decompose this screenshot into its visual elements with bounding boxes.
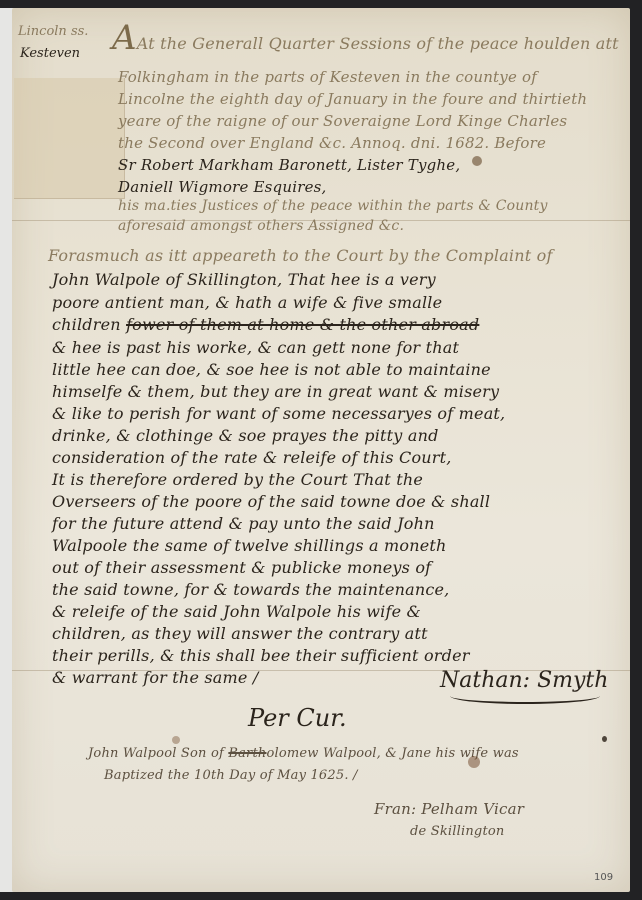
body-line-16: the said towne, for & towards the mainte…: [52, 580, 449, 599]
body-line-3: poore antient man, & hath a wife & five …: [52, 293, 442, 312]
body-line-13: for the future attend & pay unto the sai…: [52, 514, 435, 533]
per-curiam: Per Cur.: [248, 704, 347, 732]
scan-frame: Lincoln ss. Kesteven AAt the Generall Qu…: [0, 0, 642, 900]
body-line-17: & releife of the said John Walpole his w…: [52, 602, 421, 621]
folio-number: 109: [594, 872, 613, 883]
initial-A: A: [112, 18, 137, 58]
county-text: Lincoln: [18, 24, 67, 39]
manuscript-page: Lincoln ss. Kesteven AAt the Generall Qu…: [12, 8, 630, 892]
baptism-struck: Barth: [228, 746, 266, 761]
body-line-14: Walpoole the same of twelve shillings a …: [52, 536, 447, 555]
struck-text: fower of them at home & the other abroad: [126, 315, 479, 334]
caption-text: At the Generall Quarter Sessions of the …: [137, 34, 619, 53]
caption-line-3: Lincolne the eighth day of January in th…: [118, 90, 587, 108]
body-line-11: It is therefore ordered by the Court Tha…: [52, 470, 423, 489]
margin-county: Lincoln ss.: [18, 24, 88, 39]
body-line-15: out of their assessment & publicke money…: [52, 558, 431, 577]
baptism-text-b: olomew Walpool, & Jane his wife was: [266, 746, 518, 761]
body-line-2: John Walpole of Skillington, That hee is…: [52, 270, 436, 289]
body-line-18: children, as they will answer the contra…: [52, 624, 428, 643]
body-line-20: & warrant for the same /: [52, 668, 258, 687]
caption-line-4: yeare of the raigne of our Soveraigne Lo…: [118, 112, 567, 130]
body-line-8: & like to perish for want of some necess…: [52, 404, 505, 423]
caption-line-5: the Second over England &c. Annoq. dni. …: [118, 134, 546, 152]
paper-repair-patch: [14, 78, 125, 199]
body-line-1: Forasmuch as itt appeareth to the Court …: [48, 246, 553, 265]
baptism-line-1: John Walpool Son of Bartholomew Walpool,…: [88, 746, 519, 761]
body-line-6: little hee can doe, & soe hee is not abl…: [52, 360, 491, 379]
body-line-19: their perills, & this shall bee their su…: [52, 646, 470, 665]
margin-division: Kesteven: [20, 46, 80, 61]
vicar-signature: Fran: Pelham Vicar: [374, 800, 524, 818]
ink-stain: [472, 156, 482, 166]
ink-stain: [468, 756, 480, 768]
caption-line-8: his ma.ties Justices of the peace within…: [118, 198, 548, 214]
caption-line-7: Daniell Wigmore Esquires,: [118, 178, 327, 196]
body-line-9: drinke, & clothinge & soe prayes the pit…: [52, 426, 439, 445]
body-line-12: Overseers of the poore of the said towne…: [52, 492, 490, 511]
caption-line-9: aforesaid amongst others Assigned &c.: [118, 218, 404, 234]
ss-symbol: ss.: [71, 24, 88, 39]
body-line-5: & hee is past his worke, & can gett none…: [52, 338, 459, 357]
body-word-children: children: [52, 315, 126, 334]
body-line-10: consideration of the rate & releife of t…: [52, 448, 452, 467]
caption-line-1: AAt the Generall Quarter Sessions of the…: [112, 18, 619, 58]
ink-stain: [602, 736, 607, 742]
body-line-4: children fower of them at home & the oth…: [52, 315, 479, 334]
body-line-7: himselfe & them, but they are in great w…: [52, 382, 499, 401]
baptism-line-2: Baptized the 10th Day of May 1625. /: [104, 768, 358, 783]
caption-line-6: Sr Robert Markham Baronett, Lister Tyghe…: [118, 156, 460, 174]
vicar-place: de Skillington: [410, 824, 504, 839]
caption-line-2: Folkingham in the parts of Kesteven in t…: [118, 68, 537, 86]
baptism-text-a: John Walpool Son of: [88, 746, 224, 761]
ink-stain: [172, 736, 180, 744]
signature-flourish: [450, 688, 600, 704]
